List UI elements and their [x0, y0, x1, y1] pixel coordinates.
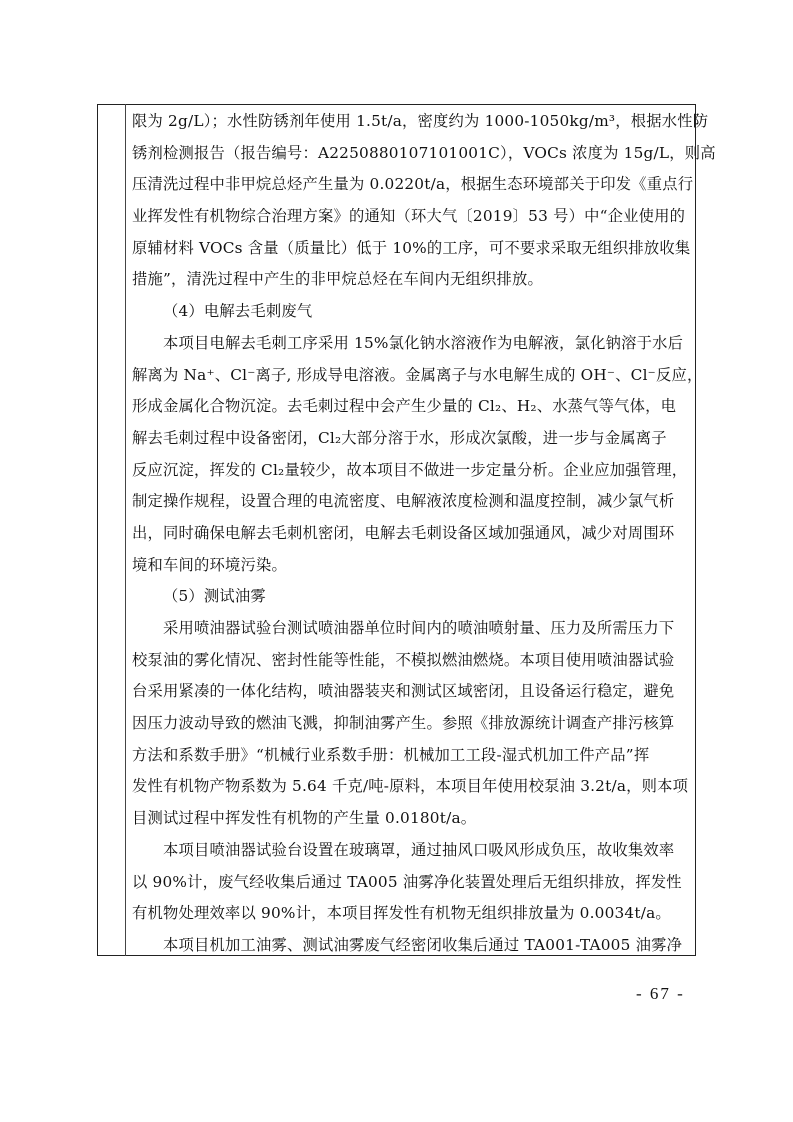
paragraph-line: 出，同时确保电解去毛刺机密闭，电解去毛刺设备区域加强通风，减少对周围环: [132, 518, 688, 550]
paragraph-line: 业挥发性有机物综合治理方案》的通知（环大气〔2019〕53 号）中“企业使用的: [132, 201, 688, 233]
paragraph-line: 措施”，清洗过程中产生的非甲烷总烃在车间内无组织排放。: [132, 264, 688, 296]
paragraph-line: 台采用紧凑的一体化结构，喷油器装夹和测试区域密闭，且设备运行稳定，避免: [132, 676, 688, 708]
paragraph-line: 本项目机加工油雾、测试油雾废气经密闭收集后通过 TA001-TA005 油雾净: [132, 930, 688, 962]
paragraph-line: 校泵油的雾化情况、密封性能等性能，不模拟燃油燃烧。本项目使用喷油器试验: [132, 645, 688, 677]
paragraph-line: 解去毛刺过程中设备密闭，Cl₂大部分溶于水，形成次氯酸，进一步与金属离子: [132, 423, 688, 455]
paragraph-line: 原辅材料 VOCs 含量（质量比）低于 10%的工序，可不要求采取无组织排放收集: [132, 233, 688, 265]
paragraph-line: （5）测试油雾: [132, 581, 688, 613]
paragraph-line: 目测试过程中挥发性有机物的产生量 0.0180t/a。: [132, 803, 688, 835]
paragraph-line: 采用喷油器试验台测试喷油器单位时间内的喷油喷射量、压力及所需压力下: [132, 613, 688, 645]
paragraph-line: 解离为 Na⁺、Cl⁻离子, 形成导电溶液。金属离子与水电解生成的 OH⁻、Cl…: [132, 360, 688, 392]
paragraph-line: 锈剂检测报告（报告编号：A2250880107101001C），VOCs 浓度为…: [132, 138, 688, 170]
paragraph-line: 限为 2g/L）；水性防锈剂年使用 1.5t/a，密度约为 1000-1050k…: [132, 106, 688, 138]
paragraph-line: 以 90%计，废气经收集后通过 TA005 油雾净化装置处理后无组织排放，挥发性: [132, 867, 688, 899]
paragraph-line: 有机物处理效率以 90%计，本项目挥发性有机物无组织排放量为 0.0034t/a…: [132, 898, 688, 930]
paragraph-line: 因压力波动导致的燃油飞溅，抑制油雾产生。参照《排放源统计调查产排污核算: [132, 708, 688, 740]
paragraph-line: 方法和系数手册》“机械行业系数手册：机械加工工段-湿式机加工件产品”挥: [132, 740, 688, 772]
paragraph-line: 发性有机物产物系数为 5.64 千克/吨-原料，本项目年使用校泵油 3.2t/a…: [132, 771, 688, 803]
paragraph-line: （4）电解去毛刺废气: [132, 296, 688, 328]
paragraph-line: 境和车间的环境污染。: [132, 550, 688, 582]
page-number: - 67 -: [636, 984, 685, 1004]
paragraph-line: 形成金属化合物沉淀。去毛刺过程中会产生少量的 Cl₂、H₂、水蒸气等气体，电: [132, 391, 688, 423]
paragraph-line: 本项目喷油器试验台设置在玻璃罩，通过抽风口吸风形成负压，故收集效率: [132, 835, 688, 867]
paragraph-line: 压清洗过程中非甲烷总烃产生量为 0.0220t/a，根据生态环境部关于印发《重点…: [132, 169, 688, 201]
paragraph-line: 本项目电解去毛刺工序采用 15%氯化钠水溶液作为电解液，氯化钠溶于水后: [132, 328, 688, 360]
paragraph-line: 制定操作规程，设置合理的电流密度、电解液浓度检测和温度控制，减少氯气析: [132, 486, 688, 518]
column-divider: [125, 104, 126, 956]
paragraph-line: 反应沉淀，挥发的 Cl₂量较少，故本项目不做进一步定量分析。企业应加强管理，: [132, 455, 688, 487]
table-content-cell: 限为 2g/L）；水性防锈剂年使用 1.5t/a，密度约为 1000-1050k…: [132, 106, 688, 962]
